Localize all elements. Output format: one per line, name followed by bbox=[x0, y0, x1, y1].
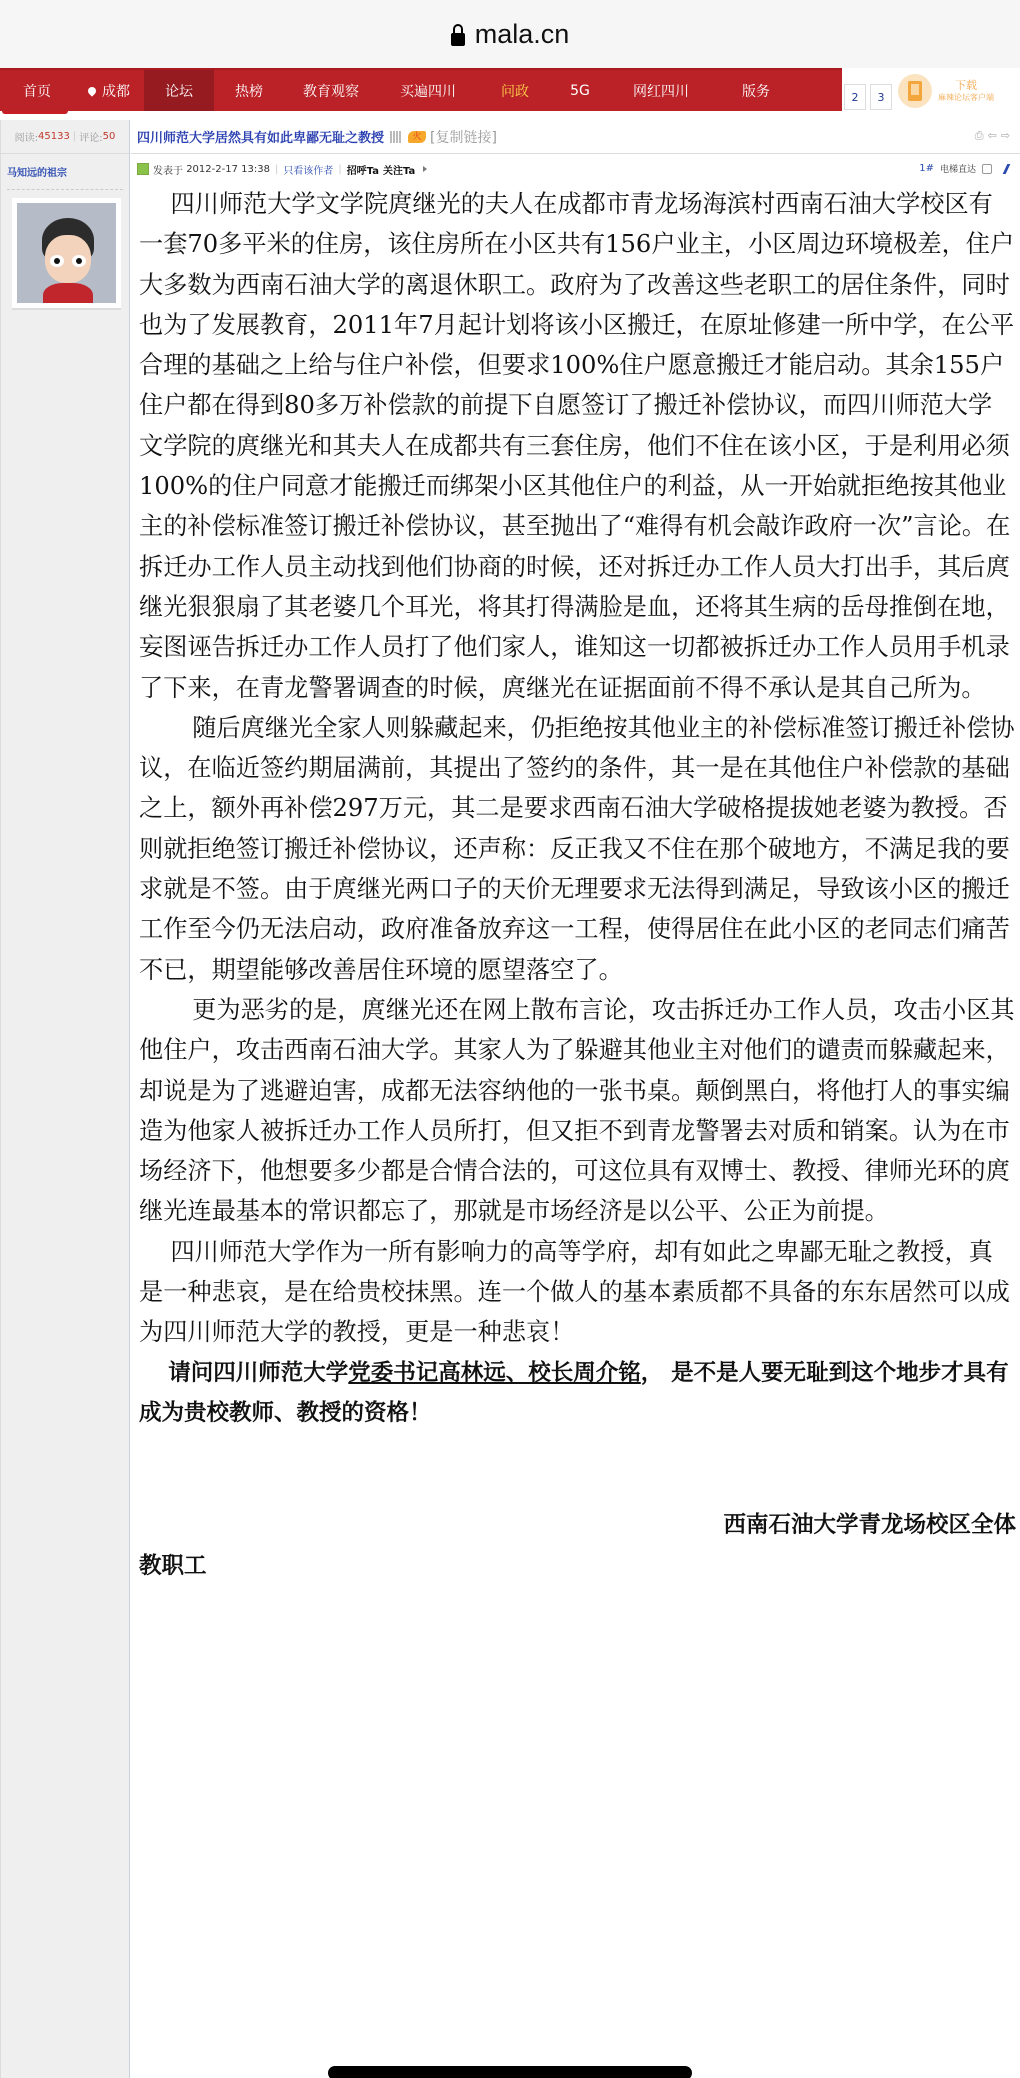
avatar-image bbox=[17, 203, 116, 303]
closing-prefix: 请问四川师范大学 bbox=[168, 1360, 348, 1386]
floor-number: 1# bbox=[919, 163, 934, 174]
hot-badge-icon: 火 bbox=[408, 131, 426, 143]
pagination-visible: 2 3 bbox=[840, 83, 892, 111]
page-2-button[interactable]: 2 bbox=[844, 84, 866, 110]
elevator-label: 电梯直达 bbox=[940, 162, 976, 175]
nav-item-home[interactable]: 首页 bbox=[0, 70, 74, 111]
qr-code-icon[interactable] bbox=[390, 131, 402, 143]
print-icon[interactable]: ⎙ bbox=[975, 129, 984, 143]
divider: | bbox=[73, 131, 76, 142]
nav-item-forum[interactable]: 论坛 bbox=[144, 70, 214, 111]
post-meta-right: 1# 电梯直达 bbox=[919, 162, 1008, 175]
nav-item-hot[interactable]: 热榜 bbox=[214, 70, 284, 111]
nav-label: 买遍四川 bbox=[400, 81, 456, 101]
download-app-banner[interactable]: 下载 麻辣论坛客户端 bbox=[896, 70, 1020, 112]
paragraph: 四川师范大学文学院庹继光的夫人在成都市青龙场海滨村西南石油大学校区有一套70多平… bbox=[139, 184, 1016, 708]
nav-item-chengdu[interactable]: 成都 bbox=[74, 70, 144, 111]
nav-label: 热榜 bbox=[235, 81, 263, 101]
avatar-eye bbox=[72, 255, 86, 267]
thread-title-row: 四川师范大学居然具有如此卑鄙无耻之教授 火 [复制链接] ⎙ ⇦ ⇨ bbox=[131, 120, 1020, 154]
phone-icon bbox=[908, 81, 922, 101]
paragraph: 随后庹继光全家人则躲藏起来，仍拒绝按其他业主的补偿标准签订搬迁补偿协议，在临近签… bbox=[139, 708, 1016, 990]
comment-label: 评论: bbox=[79, 129, 102, 144]
home-indicator[interactable] bbox=[328, 2066, 692, 2078]
follow-link[interactable]: 关注Ta bbox=[383, 162, 415, 177]
divider: | bbox=[338, 164, 341, 175]
browser-url-bar[interactable]: mala.cn bbox=[0, 0, 1020, 68]
nav-label: 问政 bbox=[501, 81, 529, 101]
closing-underlined: 党委书记高林远、校长周介铭 bbox=[348, 1360, 641, 1386]
only-author-link[interactable]: 只看该作者 bbox=[283, 162, 333, 177]
nav-item-banwu[interactable]: 版务 bbox=[714, 70, 798, 111]
prev-thread-icon[interactable]: ⇦ bbox=[988, 129, 997, 143]
nav-label: 网红四川 bbox=[633, 81, 689, 101]
phone-icon-wrap bbox=[898, 74, 932, 108]
posted-label: 发表于 bbox=[153, 162, 183, 177]
comment-count: 50 bbox=[103, 131, 116, 142]
nav-label: 首页 bbox=[23, 81, 51, 101]
nav-label: 5G bbox=[570, 83, 590, 99]
avatar[interactable] bbox=[12, 198, 121, 310]
nav-item-wenzheng[interactable]: 问政 bbox=[478, 70, 552, 111]
download-text: 下载 麻辣论坛客户端 bbox=[938, 79, 994, 104]
post-content: 四川师范大学文学院庹继光的夫人在成都市青龙场海滨村西南石油大学校区有一套70多平… bbox=[131, 184, 1020, 1586]
thread-title: 四川师范大学居然具有如此卑鄙无耻之教授 bbox=[137, 127, 384, 146]
paragraph: 四川师范大学作为一所有影响力的高等学府，却有如此之卑鄙无耻之教授，真是一种悲哀，… bbox=[139, 1232, 1016, 1353]
nav-item-wanghong[interactable]: 网红四川 bbox=[608, 70, 714, 111]
avatar-eye bbox=[50, 255, 64, 267]
post-timestamp: 2012-2-17 13:38 bbox=[186, 164, 270, 175]
expand-arrow-icon[interactable] bbox=[423, 166, 427, 172]
copy-link-button[interactable]: [复制链接] bbox=[430, 127, 497, 147]
url-text: mala.cn bbox=[475, 19, 570, 50]
main-nav: 首页 成都 论坛 热榜 教育观察 买遍四川 问政 5G 网红四川 版务 bbox=[0, 68, 842, 111]
nav-item-education[interactable]: 教育观察 bbox=[284, 70, 378, 111]
next-thread-icon[interactable]: ⇨ bbox=[1001, 129, 1010, 143]
elevator-input[interactable] bbox=[982, 164, 992, 174]
signature-line-1: 西南石油大学青龙场校区全体 bbox=[139, 1505, 1016, 1545]
jump-icon[interactable] bbox=[996, 164, 1011, 174]
thread-tools: ⎙ ⇦ ⇨ bbox=[975, 129, 1010, 143]
location-pin-icon bbox=[86, 85, 97, 96]
author-sidebar: 阅读: 45133 | 评论: 50 马知远的祖宗 bbox=[0, 120, 130, 2078]
page-3-button[interactable]: 3 bbox=[870, 84, 892, 110]
avatar-shirt bbox=[43, 283, 93, 303]
divider: | bbox=[275, 164, 278, 175]
read-count: 45133 bbox=[38, 131, 70, 142]
closing-question: 请问四川师范大学党委书记高林远、校长周介铭， 是不是人要无耻到这个地步才具有成为… bbox=[139, 1353, 1016, 1434]
lock-icon bbox=[451, 24, 465, 46]
signature-line-2: 教职工 bbox=[139, 1546, 1016, 1586]
nav-item-5g[interactable]: 5G bbox=[552, 70, 608, 111]
author-name-link[interactable]: 马知远的祖宗 bbox=[7, 154, 123, 190]
greet-link[interactable]: 招呼Ta bbox=[347, 162, 379, 177]
download-title: 下载 bbox=[938, 79, 994, 93]
read-label: 阅读: bbox=[15, 129, 38, 144]
nav-label: 教育观察 bbox=[303, 81, 359, 101]
post-meta: 发表于 2012-2-17 13:38 | 只看该作者 | 招呼Ta 关注Ta … bbox=[131, 154, 1020, 184]
download-subtitle: 麻辣论坛客户端 bbox=[938, 93, 994, 103]
online-status-icon bbox=[137, 163, 149, 175]
nav-label: 论坛 bbox=[165, 81, 193, 101]
nav-label: 版务 bbox=[742, 81, 770, 101]
thread-stats: 阅读: 45133 | 评论: 50 bbox=[1, 120, 129, 154]
post-main: 四川师范大学居然具有如此卑鄙无耻之教授 火 [复制链接] ⎙ ⇦ ⇨ 发表于 2… bbox=[131, 120, 1020, 1586]
nav-item-shopping[interactable]: 买遍四川 bbox=[378, 70, 478, 111]
nav-label: 成都 bbox=[102, 81, 130, 101]
paragraph: 更为恶劣的是，庹继光还在网上散布言论，攻击拆迁办工作人员，攻击小区其他住户，攻击… bbox=[139, 990, 1016, 1232]
